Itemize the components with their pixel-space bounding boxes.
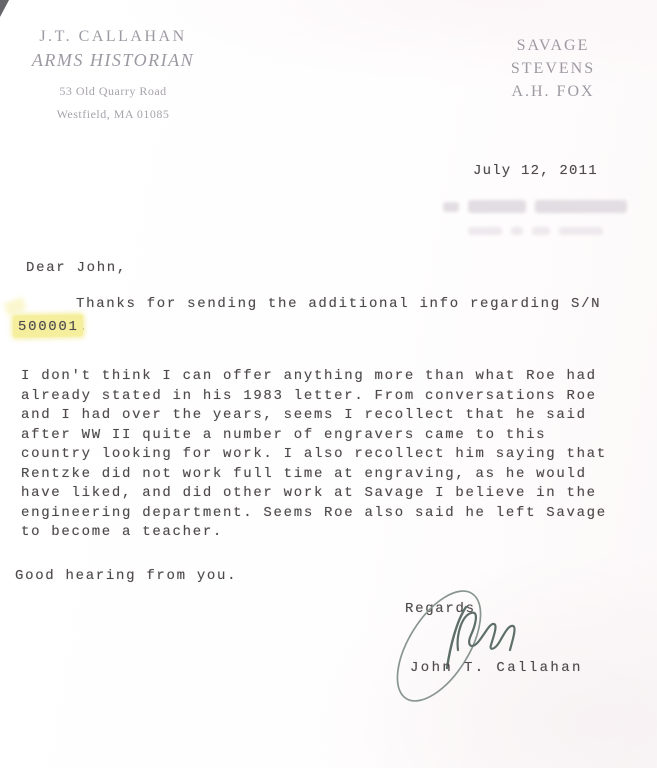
- highlighted-serial-number: 500001: [18, 319, 79, 335]
- faded-erased-text-line1: [443, 198, 636, 216]
- body-line: engineering department. Seems Roe also s…: [21, 504, 607, 524]
- letterhead-title: ARMS HISTORIAN: [18, 50, 208, 71]
- body-line: have liked, and did other work at Savage…: [21, 484, 607, 504]
- letterhead-left-block: J.T. CALLAHAN ARMS HISTORIAN 53 Old Quar…: [18, 28, 208, 122]
- letterhead-address-line1: 53 Old Quarry Road: [18, 84, 208, 99]
- closing-line: Good hearing from you.: [15, 568, 237, 584]
- body-line: I don't think I can offer anything more …: [21, 367, 607, 387]
- salutation: Dear John,: [26, 260, 127, 276]
- body-line: and I had over the years, seems I recoll…: [21, 406, 607, 426]
- faded-erased-text-line2: [468, 222, 612, 240]
- letterhead-specialties-block: SAVAGE STEVENS A.H. FOX: [478, 34, 628, 103]
- letterhead-specialty-fox: A.H. FOX: [478, 80, 628, 103]
- letterhead-specialty-stevens: STEVENS: [478, 57, 628, 80]
- letterhead-name: J.T. CALLAHAN: [18, 28, 208, 46]
- body-line: after WW II quite a number of engravers …: [21, 426, 607, 446]
- serial-number-line: 500001.: [18, 319, 89, 335]
- handwritten-signature: [360, 580, 560, 720]
- scan-corner-artifact: [0, 0, 9, 17]
- letter-body-paragraph: I don't think I can offer anything more …: [21, 367, 607, 543]
- body-line: to become a teacher.: [21, 523, 607, 543]
- intro-line: Thanks for sending the additional info r…: [76, 296, 601, 312]
- body-line: already stated in his 1983 letter. From …: [21, 387, 607, 407]
- body-line: Rentzke did not work full time at engrav…: [21, 465, 607, 485]
- highlighter-smudge: [3, 297, 26, 316]
- body-line: country looking for work. I also recolle…: [21, 445, 607, 465]
- letterhead-address-line2: Westfield, MA 01085: [18, 107, 208, 122]
- scanned-letter-page: J.T. CALLAHAN ARMS HISTORIAN 53 Old Quar…: [0, 0, 657, 768]
- typed-signature-name: John T. Callahan: [410, 660, 583, 676]
- letterhead-specialty-savage: SAVAGE: [478, 34, 628, 57]
- letter-date: July 12, 2011: [473, 163, 598, 179]
